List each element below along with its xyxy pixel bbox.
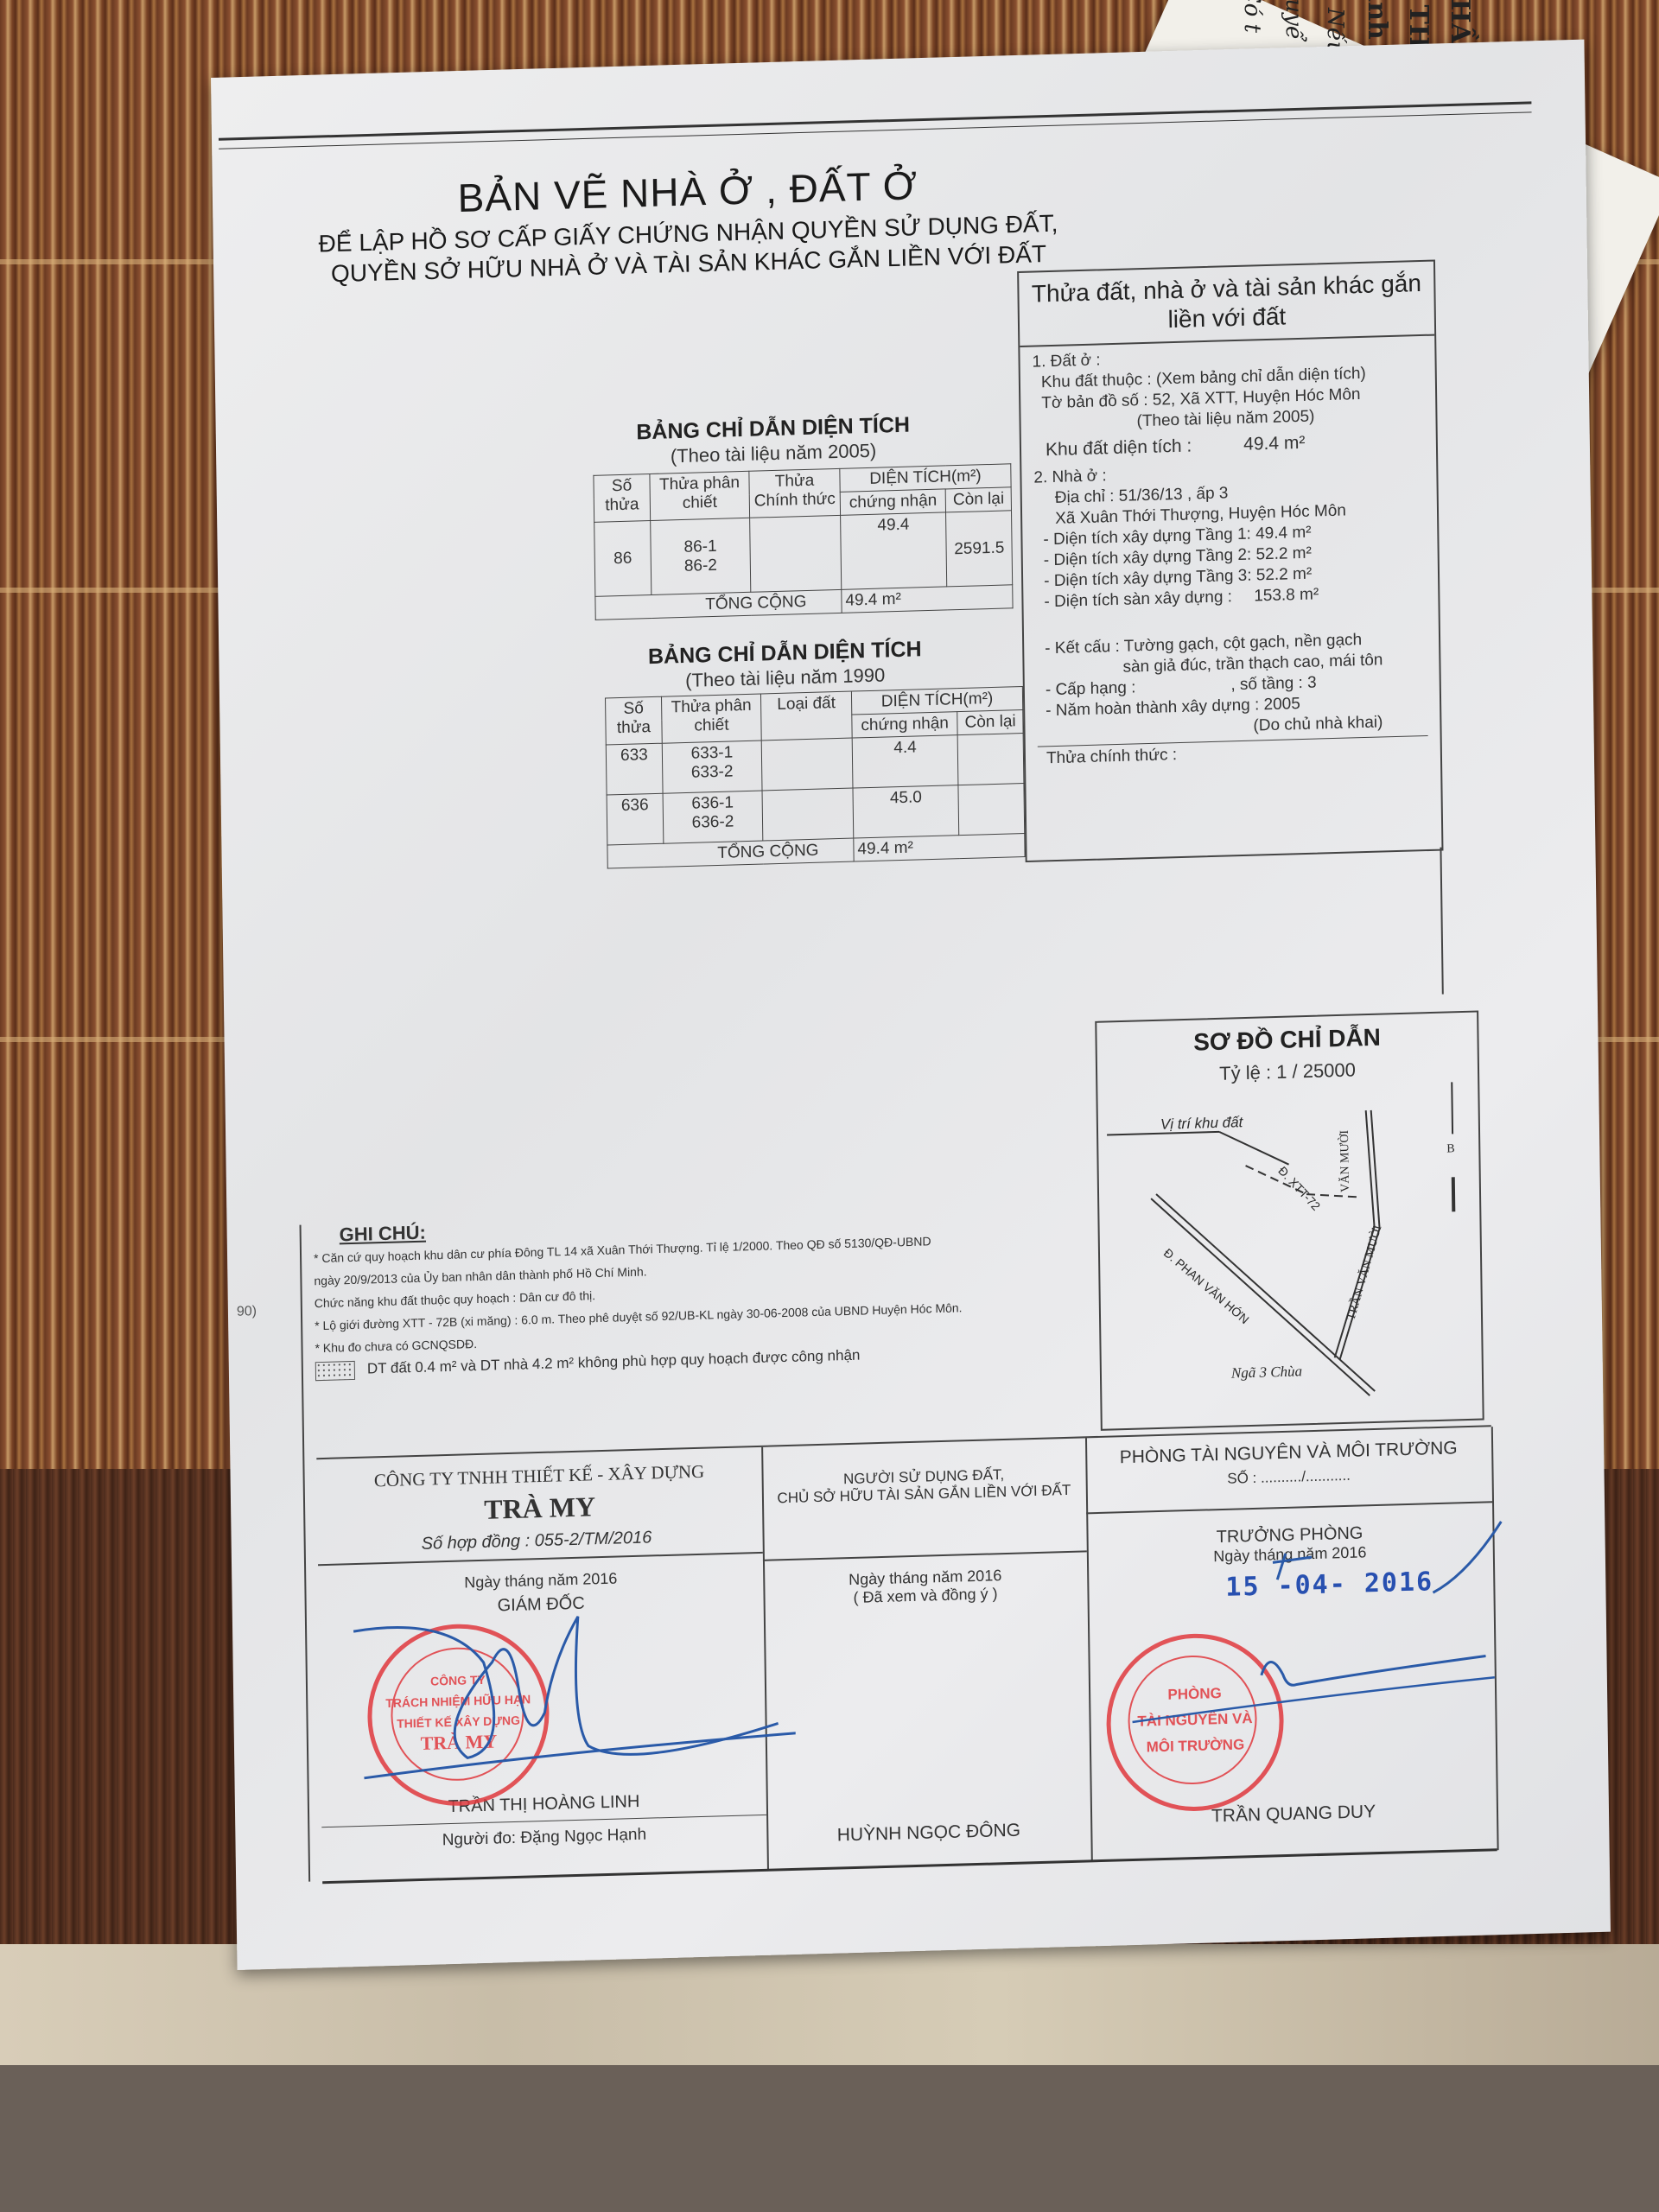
total-value: 49.4 m² xyxy=(842,585,1013,613)
area-table-2005: Số thửa Thửa phân chiết Thửa Chính thức … xyxy=(593,463,1013,620)
north-arrow-icon: B xyxy=(1446,1142,1455,1156)
col-header-chinh-thuc: Thửa Chính thức xyxy=(749,468,841,518)
cell-chung-nhan: 49.4 xyxy=(841,512,948,589)
cell-phan-chiet-1: 636-1 xyxy=(667,793,759,815)
floor xyxy=(0,2065,1659,2212)
floor-area-value: 153.8 m² xyxy=(1254,585,1319,605)
cell-so-thua: 633 xyxy=(606,743,663,795)
company-name: TRÀ MY xyxy=(317,1486,762,1530)
map-label-van-muoi: VĂN MƯỜI xyxy=(1338,1130,1353,1192)
cell-con-lai xyxy=(958,784,1024,836)
company-date: Ngày tháng năm 2016 xyxy=(318,1552,763,1596)
col-header-chung-nhan: chứng nhận xyxy=(840,489,946,515)
notes-section: GHI CHÚ: * Căn cứ quy hoạch khu dân cư p… xyxy=(314,1201,1145,1382)
owner-signature-block: NGƯỜI SỬ DỤNG ĐẤT, CHỦ SỞ HỮU TÀI SẢN GẮ… xyxy=(761,1438,1093,1871)
col-header-con-lai: Còn lại xyxy=(957,710,1023,735)
floor-area-value: 52.2 m² xyxy=(1255,544,1312,564)
land-area-value: 49.4 m² xyxy=(1243,433,1305,454)
floor-area-value: 49.4 m² xyxy=(1255,524,1312,543)
cell-so-thua: 86 xyxy=(594,520,652,596)
total-value: 49.4 m² xyxy=(854,834,1025,862)
grade-label: - Cấp hạng : xyxy=(1046,678,1136,699)
col-header-so-thua: Số thửa xyxy=(594,474,651,522)
property-info-body: 1. Đất ở : Khu đất thuộc : (Xem bảng chỉ… xyxy=(1020,336,1440,775)
surveyor: Người đo: Đặng Ngọc Hạnh xyxy=(321,1815,766,1853)
cell-con-lai: 2591.5 xyxy=(946,511,1013,587)
cell-phan-chiet-1: 633-1 xyxy=(666,743,758,765)
land-house-drawing-sheet: BẢN VẼ NHÀ Ở , ĐẤT Ở ĐỂ LẬP HỒ SƠ CẤP GI… xyxy=(211,40,1611,1970)
office-signer: TRẦN QUANG DUY xyxy=(1090,1798,1497,1830)
company-signature-block: CÔNG TY TNHH THIẾT KẾ - XÂY DỰNG TRÀ MY … xyxy=(316,1447,769,1883)
company-signature-ink xyxy=(345,1602,797,1788)
cell-phan-chiet: 86-186-2 xyxy=(651,518,751,594)
cell-con-lai xyxy=(958,734,1024,785)
floor-area-value: 52.2 m² xyxy=(1256,565,1313,585)
col-header-phan-chiet: Thửa phân chiết xyxy=(662,694,762,743)
hatch-legend-icon xyxy=(315,1360,355,1380)
contract-number: Số hợp đồng : 055-2/TM/2016 xyxy=(318,1525,763,1557)
cell-phan-chiet-2: 633-2 xyxy=(666,762,758,784)
cell-so-thua: 636 xyxy=(607,793,664,845)
cell-loai-dat xyxy=(761,738,853,791)
land-area-row: Khu đất diện tích :49.4 m² xyxy=(1033,429,1424,461)
cell-chung-nhan: 4.4 xyxy=(852,735,958,788)
address-label: Địa chỉ : xyxy=(1055,487,1115,507)
table-row: 86 86-186-2 49.4 2591.5 xyxy=(594,511,1013,596)
cell-chinh-thuc xyxy=(750,515,842,592)
cell-phan-chiet-1: 86-1 xyxy=(654,536,746,557)
cell-chung-nhan: 45.0 xyxy=(853,785,959,838)
col-header-so-thua: Số thửa xyxy=(606,696,663,745)
property-info-panel: Thửa đất, nhà ở và tài sản khác gắn liền… xyxy=(1017,260,1443,863)
map-label-site: Vị trí khu đất xyxy=(1160,1114,1243,1134)
floor-area-label: - Diện tích sàn xây dựng : xyxy=(1044,588,1232,611)
cell-phan-chiet: 633-1633-2 xyxy=(662,741,762,793)
owner-signer: HUỲNH NGỌC ĐÔNG xyxy=(766,1818,1090,1847)
floors-label: , số tầng : 3 xyxy=(1230,674,1317,695)
cell-phan-chiet: 636-1636-2 xyxy=(663,791,763,843)
location-map: SƠ ĐỒ CHỈ DẪN Tỷ lệ : 1 / 25000 Vị trí k… xyxy=(1095,1010,1484,1430)
margin-text: 90) xyxy=(237,1304,257,1320)
cell-phan-chiet-2: 636-2 xyxy=(667,812,759,834)
col-header-loai-dat: Loại đất xyxy=(760,691,852,741)
address-value: 51/36/13 , ấp 3 xyxy=(1119,484,1229,505)
land-area-label: Khu đất diện tích : xyxy=(1046,435,1192,460)
signature-section: CÔNG TY TNHH THIẾT KẾ - XÂY DỰNG TRÀ MY … xyxy=(316,1425,1497,1883)
cell-loai-dat xyxy=(762,788,854,841)
area-table-1990: Số thửa Thửa phân chiết Loại đất DIỆN TÍ… xyxy=(605,686,1026,869)
office-signature-ink xyxy=(1103,1496,1513,1766)
cell-phan-chiet-2: 86-2 xyxy=(655,555,747,576)
property-info-header: Thửa đất, nhà ở và tài sản khác gắn liền… xyxy=(1019,262,1434,347)
map-label-junction: Ngã 3 Chùa xyxy=(1231,1363,1302,1382)
col-header-phan-chiet: Thửa phân chiết xyxy=(650,471,750,520)
col-header-con-lai: Còn lại xyxy=(946,487,1012,512)
col-header-chung-nhan: chứng nhận xyxy=(852,712,958,738)
office-signature-block: PHÒNG TÀI NGUYÊN VÀ MÔI TRƯỜNG SỐ : ....… xyxy=(1085,1427,1499,1861)
